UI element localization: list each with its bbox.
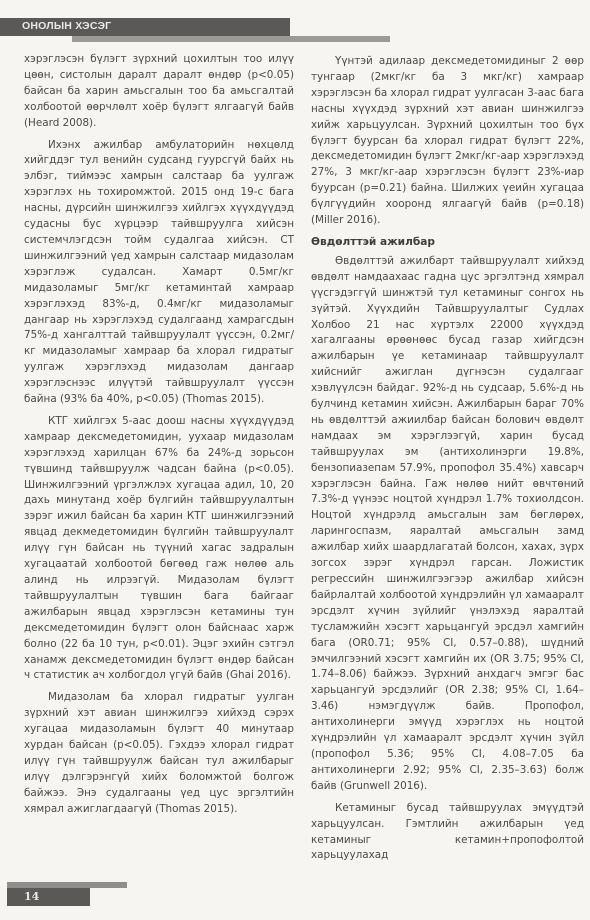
header-accent-bar (72, 36, 390, 42)
page-number: 14 (24, 890, 39, 903)
paragraph: Кетаминыг бусад тайвшруулах эмүүдтэй хар… (311, 801, 584, 865)
section-title: ОНОЛЫН ХЭСЭГ (22, 20, 111, 32)
paragraph: хэрэглэсэн бүлэгт зүрхний цохилтын тоо и… (24, 52, 294, 132)
paragraph: Мидазолам ба хлорал гидратыг уулган зүрх… (24, 690, 294, 817)
left-column: хэрэглэсэн бүлэгт зүрхний цохилтын тоо и… (24, 52, 294, 824)
paragraph: Өвдөлттэй ажилбарт тайвшруулалт хийхэд ө… (311, 254, 584, 795)
page-number-box (7, 888, 90, 906)
paragraph: КТГ хийлгэх 5-аас доош насны хүүхдүүдэд … (24, 414, 294, 684)
subsection-heading: Өвдөлттэй ажилбар (311, 235, 584, 251)
paragraph: Ихэнх ажилбар амбулаторийн нөхцөлд хийгд… (24, 138, 294, 408)
paragraph: Үүнтэй адилаар дексмедетомидиныг 2 өөр т… (311, 54, 584, 229)
right-column: Үүнтэй адилаар дексмедетомидиныг 2 өөр т… (311, 54, 584, 870)
